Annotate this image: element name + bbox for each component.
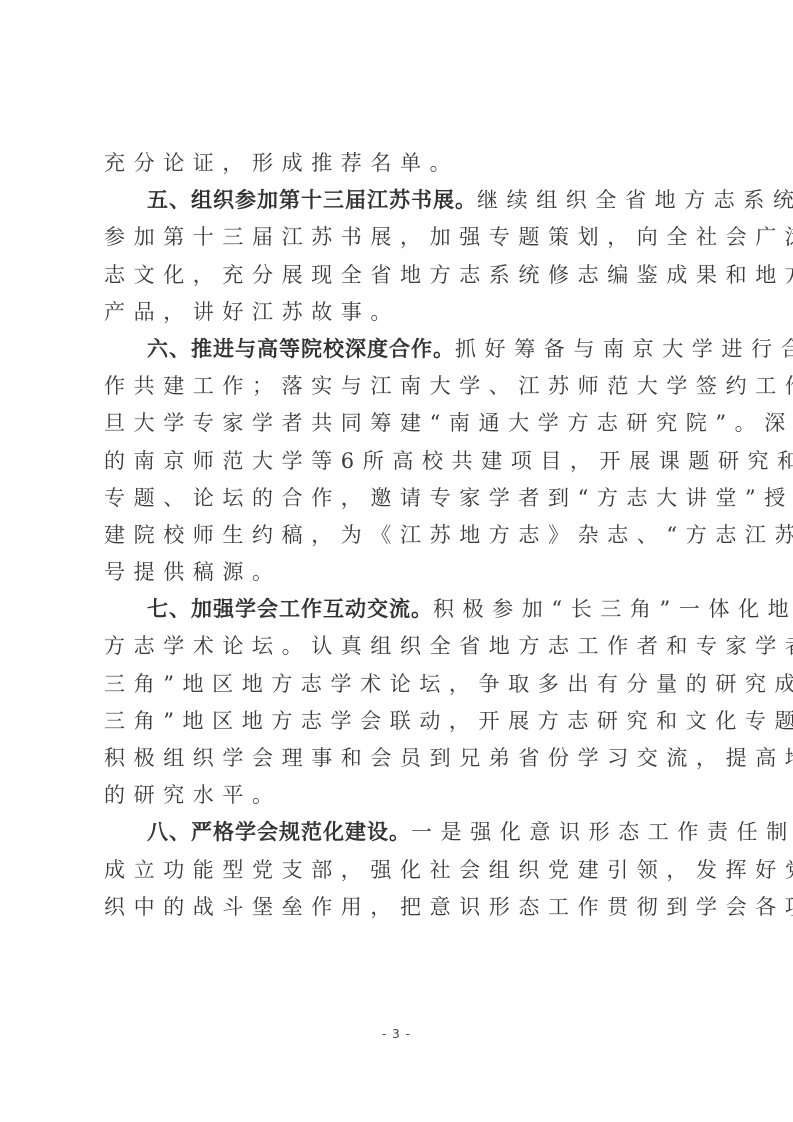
section-heading-line: 八、严格学会规范化建设。一是强化意识形态工作责任制。: [104, 814, 702, 851]
paragraph-line: 专题、论坛的合作，邀请专家学者到“方志大讲堂”授课，向共: [104, 480, 702, 517]
paragraph-line: 志文化，充分展现全省地方志系统修志编鉴成果和地方特色文化: [104, 257, 702, 294]
paragraph-text: 抓好筹备与南京大学进行合: [455, 337, 793, 361]
section-heading-5: 五、组织参加第十三届江苏书展。: [147, 188, 477, 212]
paragraph-line: 号提供稿源。: [104, 554, 702, 591]
paragraph-line: 成立功能型党支部，强化社会组织党建引领，发挥好党在社会组: [104, 852, 702, 889]
page-number: - 3 -: [0, 1027, 793, 1041]
paragraph-line: 建院校师生约稿，为《江苏地方志》杂志、“方志江苏”微信公众: [104, 517, 702, 554]
paragraph-text: 继续组织全省地方志系统: [477, 188, 793, 212]
paragraph-line: 产品，讲好江苏故事。: [104, 294, 702, 331]
paragraph-line: 三角”地区地方志学会联动，开展方志研究和文化专题研究活动；: [104, 703, 702, 740]
paragraph-line: 方志学术论坛。认真组织全省地方志工作者和专家学者参加“长: [104, 628, 702, 665]
paragraph-line: 的研究水平。: [104, 777, 702, 814]
document-body: 充分论证，形成推荐名单。 五、组织参加第十三届江苏书展。继续组织全省地方志系统 …: [104, 145, 702, 926]
section-heading-line: 五、组织参加第十三届江苏书展。继续组织全省地方志系统: [104, 182, 702, 219]
paragraph-line: 充分论证，形成推荐名单。: [104, 145, 702, 182]
paragraph-line: 积极组织学会理事和会员到兄弟省份学习交流，提高地方志工作: [104, 740, 702, 777]
paragraph-line: 织中的战斗堡垒作用，把意识形态工作贯彻到学会各项工作与活: [104, 889, 702, 926]
paragraph-line: 作共建工作；落实与江南大学、江苏师范大学签约工作；联合复: [104, 368, 702, 405]
paragraph-line: 的南京师范大学等6所高校共建项目，开展课题研究和有关文化: [104, 443, 702, 480]
section-heading-line: 七、加强学会工作互动交流。积极参加“长三角”一体化地: [104, 591, 702, 628]
section-heading-6: 六、推进与高等院校深度合作。: [147, 337, 455, 361]
paragraph-text: 一是强化意识形态工作责任制。: [411, 820, 793, 844]
paragraph-text: 积极参加“长三角”一体化地: [433, 597, 793, 621]
paragraph-line: 旦大学专家学者共同筹建“南通大学方志研究院”。深化与已签约: [104, 405, 702, 442]
paragraph-line: 三角”地区地方志学术论坛，争取多出有分量的研究成果；与“长: [104, 666, 702, 703]
section-heading-8: 八、严格学会规范化建设。: [147, 820, 411, 844]
paragraph-line: 参加第十三届江苏书展，加强专题策划，向全社会广泛宣传地方: [104, 219, 702, 256]
section-heading-7: 七、加强学会工作互动交流。: [147, 597, 433, 621]
section-heading-line: 六、推进与高等院校深度合作。抓好筹备与南京大学进行合: [104, 331, 702, 368]
